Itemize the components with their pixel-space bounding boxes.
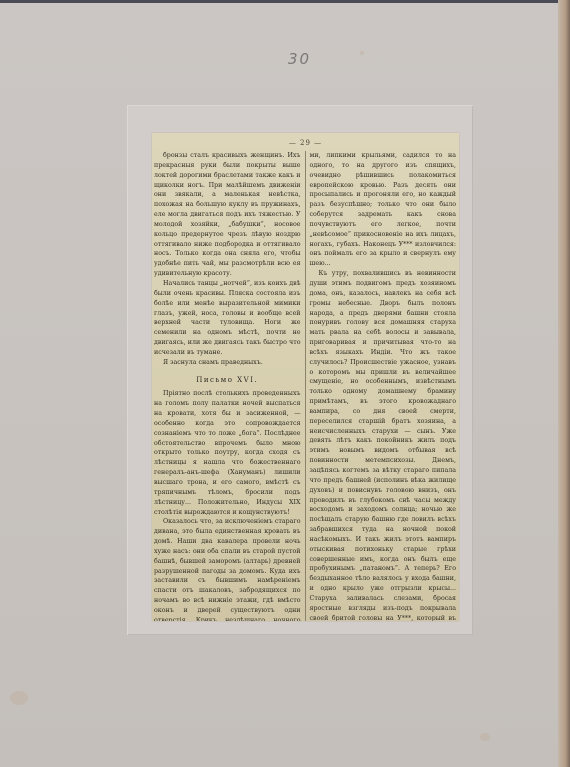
left-column: бронзы сталъ красивыхъ женщинъ. Ихъ прек… [152,151,306,621]
right-column: ми, липкими крыльями, садился то на одно… [306,151,460,621]
paragraph: Къ утру, похвалившись въ невинности души… [310,269,457,621]
paragraph: Я заснула снамъ праведныхъ. [154,358,301,368]
handwritten-page-number: 30 [288,50,311,68]
stain [480,733,490,741]
stain [360,51,364,55]
paragraph: Оказалось что, за исключеніемъ стараго д… [154,517,301,621]
paragraph: Начались танцы „нотчей“, изъ коихъ двѣ б… [154,279,301,358]
paragraph: бронзы сталъ красивыхъ женщинъ. Ихъ прек… [154,151,301,279]
text-columns: бронзы сталъ красивыхъ женщинъ. Ихъ прек… [152,151,459,621]
letter-heading: Письмо XVI. [154,376,301,386]
clipping-page-header: — 29 — [152,139,459,149]
newspaper-clipping: — 29 — бронзы сталъ красивыхъ женщинъ. И… [152,133,459,621]
stain [10,691,28,705]
paragraph: Пріятно послѣ столькихъ проведенныхъ на … [154,389,301,517]
paragraph: ми, липкими крыльями, садился то на одно… [310,151,457,269]
book-page-edge [558,0,570,767]
